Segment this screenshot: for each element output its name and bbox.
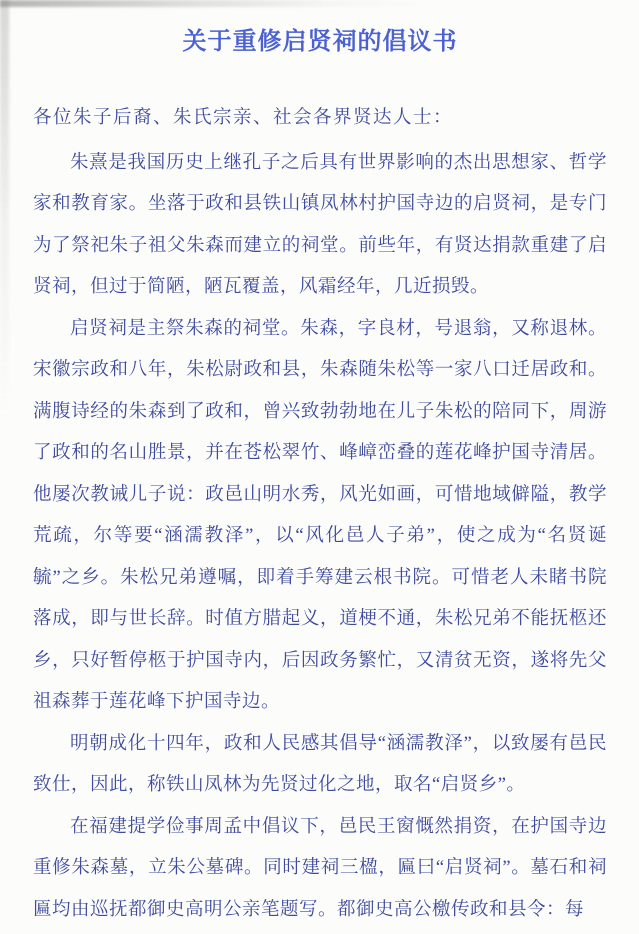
paragraph-rebuild-shrine: 在福建提学俭事周孟中倡议下，邑民王窗慨然捐资，在护国寺边重修朱森墓，立朱公墓碑。… [33, 807, 607, 932]
paragraph-intro-zhuxi: 朱熹是我国历史上继孔子之后具有世界影响的杰出思想家、哲学家和教育家。坐落于政和县… [33, 143, 607, 309]
scan-edge-left [0, 0, 9, 420]
document-title: 关于重修启贤祠的倡议书 [33, 26, 607, 58]
scan-edge-top [0, 0, 435, 7]
document-page: 关于重修启贤祠的倡议书 各位朱子后裔、朱氏宗亲、社会各界贤达人士： 朱熹是我国历… [0, 0, 639, 934]
paragraph-ming-chenghua: 明朝成化十四年，政和人民感其倡导“涵濡教泽”，以致屡有邑民致仕，因此，称铁山凤林… [33, 724, 607, 807]
salutation-line: 各位朱子后裔、朱氏宗亲、社会各界贤达人士： [33, 98, 607, 140]
paragraph-history-zhusen: 启贤祠是主祭朱森的祠堂。朱森，字良材，号退翁，又称退林。宋徽宗政和八年，朱松尉政… [33, 309, 607, 724]
document-body: 各位朱子后裔、朱氏宗亲、社会各界贤达人士： 朱熹是我国历史上继孔子之后具有世界影… [33, 98, 607, 931]
